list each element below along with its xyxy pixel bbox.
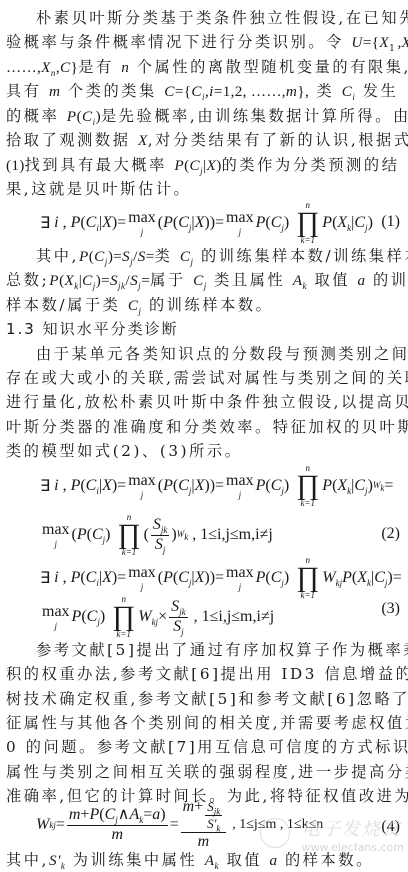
text-line: 具有 m 个类的类集 C={Ci,i=1,2, ……,m}, 类 Ci 发生 bbox=[6, 81, 404, 102]
text-line: 由于某单元各类知识点的分数段与预测类别之间 bbox=[36, 344, 404, 364]
text-line: 的概率 P(Ci)是先验概率,由训练集数据计算所得。由于 bbox=[6, 106, 404, 127]
text-line: 样本数/属于类 Cj 的训练样本数。 bbox=[6, 295, 404, 316]
text-line: 存在或大或小的关联,需尝试对属性与类别之间的关联 bbox=[6, 368, 404, 388]
text-line: 属性与类别之间相互关联的强弱程度,进一步提高分类 bbox=[6, 762, 404, 782]
text-line: ……,Xn,C}是有 n 个属性的离散型随机变量的有限集, bbox=[6, 57, 404, 78]
text-line: 朴素贝叶斯分类基于类条件独立性假设,在已知先 bbox=[36, 8, 404, 28]
section-number: 1.3 bbox=[6, 320, 36, 338]
equation-number: (2) bbox=[381, 525, 400, 543]
section-title: 知识水平分类诊断 bbox=[43, 320, 179, 338]
text-line: 验概率与条件概率情况下进行分类识别。令 U={X1,X2, bbox=[6, 32, 404, 53]
text-line: 拾取了观测数据 X,对分类结果有了新的认识,根据式 bbox=[6, 130, 404, 151]
equation-number: (1) bbox=[381, 213, 400, 231]
watermark-url: www.elecfans.com bbox=[302, 841, 404, 854]
section-heading: 1.3 知识水平分类诊断 bbox=[6, 319, 404, 339]
watermark: 电子发烧友 www.elecfans.com bbox=[302, 815, 404, 854]
equation-number: (3) bbox=[381, 600, 400, 618]
text-line: 积的权重办法,参考文献[6]提出用 ID3 信息增益的决策 bbox=[6, 664, 404, 684]
text-line: 0 的问题。参考文献[7]用互信息可信度的方式标识条件 bbox=[6, 737, 404, 757]
text-line: 其中,P(Cj)=Sj/S=类 Cj 的训练集样本数/训练集样本 bbox=[36, 246, 404, 267]
text-line: 征属性与其他各个类别间的相关度,并需要考虑权值为 bbox=[6, 713, 404, 733]
text-line: (1)找到具有最大概率 P(Cj|X)的类作为分类预测的结 bbox=[6, 155, 404, 176]
text-line: 类的模型如式(2)、(3)所示。 bbox=[6, 441, 404, 461]
watermark-text: 电子发烧友 bbox=[302, 815, 404, 841]
text-line: 叶斯分类器的准确度和分类效率。特征加权的贝叶斯分 bbox=[6, 417, 404, 437]
text-line: 树技术确定权重,参考文献[5]和参考文献[6]忽略了特 bbox=[6, 689, 404, 709]
text-line: 总数;P(Xk|Cj)=Sjk/Sj=属于 Cj 类且属性 Ak 取值 a 的训… bbox=[6, 270, 404, 291]
text-line: 参考文献[5]提出了通过有序加权算子作为概率乘 bbox=[36, 640, 404, 660]
watermark-logo-icon bbox=[260, 818, 290, 848]
text-line: 进行量化,放松朴素贝叶斯中条件独立假设,以提高贝 bbox=[6, 392, 404, 412]
text-line: 果,这就是贝叶斯估计。 bbox=[6, 179, 404, 199]
